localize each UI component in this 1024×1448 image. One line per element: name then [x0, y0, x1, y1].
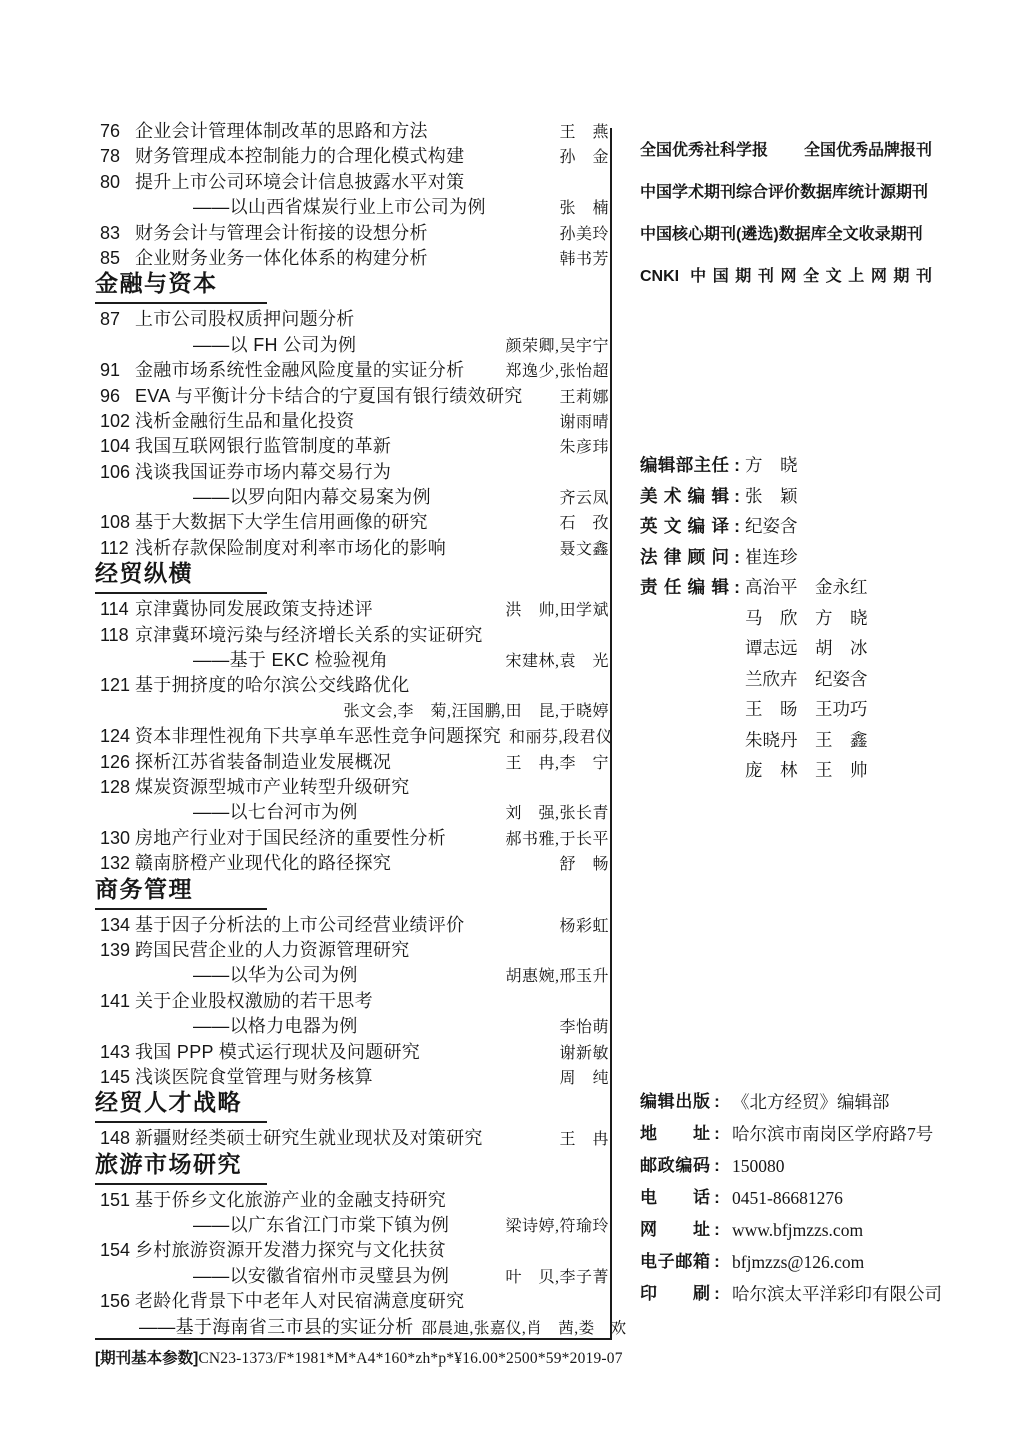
- toc-entry: 151 基于侨乡文化旅游产业的金融支持研究: [95, 1188, 609, 1213]
- publisher-row: 邮政编码 : 150080: [640, 1150, 980, 1182]
- toc-entry: 83 财务会计与管理会计衔接的设想分析 孙美玲: [95, 221, 609, 246]
- toc-section-heading: 商务管理: [95, 871, 267, 910]
- toc-article-title: 京津冀环境污染与经济增长关系的实证研究: [135, 623, 483, 648]
- colon: :: [710, 1246, 724, 1278]
- toc-page-number: 121: [95, 673, 135, 698]
- toc-entry-subtitle: ——以格力电器为例 李怡萌: [95, 1014, 609, 1039]
- toc-article-authors: 王 燕: [551, 120, 609, 145]
- toc-page-number: 143: [95, 1040, 135, 1065]
- toc-article-title: 财务管理成本控制能力的合理化模式构建: [135, 144, 464, 169]
- toc-entry: 76 企业会计管理体制改革的思路和方法 王 燕: [95, 119, 609, 144]
- editorial-names: 张 颖: [745, 481, 815, 512]
- toc-article-title: 基于大数据下大学生信用画像的研究: [135, 510, 428, 535]
- toc-article-title: EVA 与平衡计分卡结合的宁夏国有银行绩效研究: [135, 384, 523, 409]
- editorial-row: 兰欣卉 纪姿含: [640, 664, 970, 695]
- toc-article-title: 关于企业股权激励的若干思考: [135, 989, 373, 1014]
- publisher-field-label: 网址: [640, 1214, 710, 1246]
- toc-entry-subtitle: ——以山西省煤炭行业上市公司为例 张 楠: [95, 195, 609, 220]
- toc-article-authors: 梁诗婷,符瑜玲: [497, 1214, 609, 1239]
- editorial-row: 英文编译 : 纪姿含: [640, 511, 970, 542]
- toc-article-title: 金融市场系统性金融风险度量的实证分析: [135, 358, 464, 383]
- publisher-field-value: 哈尔滨市南岗区学府路7号: [724, 1118, 933, 1150]
- toc-entry: 96 EVA 与平衡计分卡结合的宁夏国有银行绩效研究 王莉娜: [95, 384, 609, 409]
- editor-name: 胡 冰: [815, 633, 868, 664]
- toc-entry: 139 跨国民营企业的人力资源管理研究: [95, 938, 609, 963]
- toc-page-number: 78: [95, 144, 135, 169]
- accolade-line: 中国学术期刊综合评价数据库统计源期刊: [640, 172, 932, 214]
- toc-entry: 108 基于大数据下大学生信用画像的研究 石 孜: [95, 510, 609, 535]
- editor-name: 朱晓丹: [745, 725, 815, 756]
- editor-name: 纪姿含: [745, 511, 815, 542]
- editor-name: 王 帅: [815, 755, 868, 786]
- toc-section-heading: 经贸纵横: [95, 555, 267, 594]
- toc-entry: 106 浅谈我国证券市场内幕交易行为: [95, 460, 609, 485]
- toc-article-title: 我国互联网银行监管制度的革新: [135, 434, 391, 459]
- toc-article-title: 基于侨乡文化旅游产业的金融支持研究: [135, 1188, 446, 1213]
- colon: :: [710, 1182, 724, 1214]
- editorial-row: 法律顾问 : 崔连珍: [640, 542, 970, 573]
- editorial-role-label: 编辑部主任: [640, 450, 729, 481]
- toc-article-subtitle: ——以罗向阳内幕交易案为例: [95, 485, 431, 510]
- toc-page-number: 106: [95, 460, 135, 485]
- editorial-row: 谭志远 胡 冰: [640, 633, 970, 664]
- toc-page-number: 96: [95, 384, 135, 409]
- toc-entry: 78 财务管理成本控制能力的合理化模式构建 孙 金: [95, 144, 609, 169]
- editorial-names: 方 晓: [745, 450, 815, 481]
- accolade-line: 全国优秀社科学报 全国优秀品牌报刊: [640, 130, 932, 172]
- toc-page-number: 156: [95, 1289, 135, 1314]
- toc-article-authors: 王 冉: [551, 1127, 609, 1152]
- toc-article-title: 浅析金融衍生品和量化投资: [135, 409, 355, 434]
- editor-name: 王 旸: [745, 694, 815, 725]
- toc-article-title: 跨国民营企业的人力资源管理研究: [135, 938, 410, 963]
- toc-section: 商务管理: [95, 880, 609, 910]
- toc-page-number: 128: [95, 775, 135, 800]
- toc-entry-subtitle: ——基于 EKC 检验视角 宋建林,袁 光: [95, 648, 609, 673]
- editor-name: 方 晓: [815, 603, 868, 634]
- toc-article-title: 上市公司股权质押问题分析: [135, 307, 355, 332]
- toc-page-number: 141: [95, 989, 135, 1014]
- toc-article-authors: 齐云凤: [551, 486, 609, 511]
- toc-article-authors: 洪 帅,田学斌: [497, 598, 609, 623]
- toc-article-subtitle: ——以山西省煤炭行业上市公司为例: [95, 195, 486, 220]
- toc-entry-subtitle: ——以罗向阳内幕交易案为例 齐云凤: [95, 485, 609, 510]
- toc-article-subtitle: ——基于海南省三市县的实证分析: [95, 1315, 414, 1340]
- toc-page-number: 151: [95, 1188, 135, 1213]
- colon: :: [729, 511, 745, 542]
- toc-article-subtitle: ——以格力电器为例: [95, 1014, 358, 1039]
- toc-section-heading: 金融与资本: [95, 265, 267, 304]
- publisher-field-label: 电话: [640, 1182, 710, 1214]
- toc-article-authors: 谢新敏: [551, 1041, 609, 1066]
- toc-article-subtitle: ——基于 EKC 检验视角: [95, 648, 388, 673]
- editor-name: 金永红: [815, 572, 868, 603]
- toc-section: 旅游市场研究: [95, 1155, 609, 1185]
- editor-name: 马 欣: [745, 603, 815, 634]
- publisher-row: 电话 : 0451-86681276: [640, 1182, 980, 1214]
- editorial-names: 纪姿含: [745, 511, 815, 542]
- publisher-field-value: 哈尔滨太平洋彩印有限公司: [724, 1278, 942, 1310]
- editor-name: 兰欣卉: [745, 664, 815, 695]
- toc-article-authors: 谢雨晴: [551, 410, 609, 435]
- toc-article-authors: 李怡萌: [551, 1015, 609, 1040]
- toc-section: 金融与资本: [95, 274, 609, 304]
- publisher-field-label: 电子邮箱: [640, 1246, 710, 1278]
- publisher-row: 印刷 : 哈尔滨太平洋彩印有限公司: [640, 1278, 980, 1310]
- colon: :: [710, 1118, 724, 1150]
- toc-page-number: 102: [95, 409, 135, 434]
- toc-entry: 134 基于因子分析法的上市公司经营业绩评价 杨彩虹: [95, 913, 609, 938]
- accolade-line: 中国核心期刊(遴选)数据库全文收录期刊: [640, 214, 932, 256]
- toc-page-number: 126: [95, 750, 135, 775]
- toc-article-authors: 胡惠婉,邢玉升: [497, 964, 609, 989]
- toc-article-authors: 张 楠: [551, 196, 609, 221]
- editorial-row: 朱晓丹 王 鑫: [640, 725, 970, 756]
- toc-page-number: 83: [95, 221, 135, 246]
- publisher-row: 编辑出版 : 《北方经贸》编辑部: [640, 1086, 980, 1118]
- journal-parameters-footer: [期刊基本参数]CN23-1373/F*1981*M*A4*160*zh*p*¥…: [95, 1338, 612, 1368]
- journal-accolades: 全国优秀社科学报 全国优秀品牌报刊 中国学术期刊综合评价数据库统计源期刊 中国核…: [640, 130, 932, 298]
- toc-article-title: 基于因子分析法的上市公司经营业绩评价: [135, 913, 464, 938]
- toc-entry-subtitle: ——基于海南省三市县的实证分析 邵晨迪,张嘉仪,肖 茜,娄 欢: [95, 1315, 609, 1340]
- accolade-line: CNKI 中国期刊网全文上网期刊: [640, 256, 932, 298]
- publisher-row: 地址 : 哈尔滨市南岗区学府路7号: [640, 1118, 980, 1150]
- editorial-names: 马 欣 方 晓: [745, 603, 868, 634]
- editorial-row: 马 欣 方 晓: [640, 603, 970, 634]
- editorial-names: 朱晓丹 王 鑫: [745, 725, 868, 756]
- colon: :: [710, 1214, 724, 1246]
- editorial-names: 崔连珍: [745, 542, 815, 573]
- toc-article-authors: 王 冉,李 宁: [497, 751, 609, 776]
- editor-name: 谭志远: [745, 633, 815, 664]
- publisher-field-value: 《北方经贸》编辑部: [724, 1086, 890, 1118]
- toc-section: 经贸人才战略: [95, 1093, 609, 1123]
- toc-article-title: 我国 PPP 模式运行现状及问题研究: [135, 1040, 420, 1065]
- toc-article-authors: 聂文鑫: [551, 537, 609, 562]
- toc-entry-subtitle: ——以广东省江门市棠下镇为例 梁诗婷,符瑜玲: [95, 1213, 609, 1238]
- toc-authors-row: 张文会,李 菊,汪国鹏,田 昆,于晓婷: [95, 699, 609, 724]
- colon: :: [710, 1150, 724, 1182]
- toc-article-authors: 石 孜: [551, 511, 609, 536]
- accolade-text: 全国优秀品牌报刊: [804, 130, 932, 172]
- editorial-role-label: 英文编译: [640, 511, 729, 542]
- publisher-info-block: 编辑出版 : 《北方经贸》编辑部 地址 : 哈尔滨市南岗区学府路7号 邮政编码 …: [640, 1086, 980, 1310]
- toc-entry: 128 煤炭资源型城市产业转型升级研究: [95, 775, 609, 800]
- publisher-field-value: www.bfjmzzs.com: [724, 1214, 863, 1246]
- toc-entry-subtitle: ——以华为公司为例 胡惠婉,邢玉升: [95, 963, 609, 988]
- editorial-role-label: 法律顾问: [640, 542, 729, 573]
- colon: :: [729, 542, 745, 573]
- editorial-names: 谭志远 胡 冰: [745, 633, 868, 664]
- toc-article-authors: 宋建林,袁 光: [497, 649, 609, 674]
- toc-entry-subtitle: ——以七台河市为例 刘 强,张长青: [95, 800, 609, 825]
- toc-article-authors: 周 纯: [551, 1066, 609, 1091]
- editorial-row: 美术编辑 : 张 颖: [640, 481, 970, 512]
- toc-page-number: 124: [95, 724, 135, 749]
- toc-article-title: 京津冀协同发展政策支持述评: [135, 597, 373, 622]
- editorial-row: 庞 林 王 帅: [640, 755, 970, 786]
- toc-article-authors: 刘 强,张长青: [497, 801, 609, 826]
- toc-article-subtitle: ——以安徽省宿州市灵璧县为例: [95, 1264, 449, 1289]
- publisher-field-value: 150080: [724, 1150, 785, 1182]
- toc-entry: 80 提升上市公司环境会计信息披露水平对策: [95, 170, 609, 195]
- editor-name: 纪姿含: [815, 664, 868, 695]
- toc-article-subtitle: ——以华为公司为例: [95, 963, 358, 988]
- toc-page-number: 87: [95, 307, 135, 332]
- footer-value: CN23-1373/F*1981*M*A4*160*zh*p*¥16.00*25…: [198, 1350, 622, 1367]
- toc-page-number: 91: [95, 358, 135, 383]
- toc-article-authors: 朱彦玮: [551, 435, 609, 460]
- toc-article-authors: 和丽芬,段君仪: [501, 725, 613, 750]
- toc-article-authors: 杨彩虹: [551, 914, 609, 939]
- toc-page-number: 154: [95, 1238, 135, 1263]
- editorial-row: 编辑部主任 : 方 晓: [640, 450, 970, 481]
- toc-section-heading: 经贸人才战略: [95, 1084, 267, 1123]
- editor-name: 方 晓: [745, 450, 815, 481]
- toc-section: 经贸纵横: [95, 564, 609, 594]
- toc-page-number: 134: [95, 913, 135, 938]
- toc-entry: 104 我国互联网银行监管制度的革新 朱彦玮: [95, 434, 609, 459]
- toc-entry: 102 浅析金融衍生品和量化投资 谢雨晴: [95, 409, 609, 434]
- toc-entry: 91 金融市场系统性金融风险度量的实证分析 郑逸少,张怡超: [95, 358, 609, 383]
- colon: :: [729, 450, 745, 481]
- journal-toc-page: 76 企业会计管理体制改革的思路和方法 王 燕 78 财务管理成本控制能力的合理…: [0, 0, 1024, 1448]
- colon: :: [710, 1278, 724, 1310]
- colon: :: [729, 481, 745, 512]
- toc-entry-subtitle: ——以安徽省宿州市灵璧县为例 叶 贝,李子菁: [95, 1264, 609, 1289]
- toc-article-authors: 韩书芳: [551, 247, 609, 272]
- toc-entry: 141 关于企业股权激励的若干思考: [95, 989, 609, 1014]
- editor-name: 庞 林: [745, 755, 815, 786]
- toc-article-title: 老龄化背景下中老年人对民宿满意度研究: [135, 1289, 464, 1314]
- editor-name: 崔连珍: [745, 542, 815, 573]
- toc-article-authors: 叶 贝,李子菁: [497, 1265, 609, 1290]
- colon: :: [729, 572, 745, 603]
- toc-article-title: 企业会计管理体制改革的思路和方法: [135, 119, 428, 144]
- editorial-names: 兰欣卉 纪姿含: [745, 664, 868, 695]
- editorial-names: 高治平 金永红: [745, 572, 868, 603]
- toc-entry: 143 我国 PPP 模式运行现状及问题研究 谢新敏: [95, 1040, 609, 1065]
- toc-article-title: 提升上市公司环境会计信息披露水平对策: [135, 170, 464, 195]
- publisher-field-value: 0451-86681276: [724, 1182, 843, 1214]
- toc-article-authors: 王莉娜: [551, 385, 609, 410]
- editorial-role-label: 责任编辑: [640, 572, 729, 603]
- column-divider-line: [610, 128, 612, 1338]
- toc-article-title: 煤炭资源型城市产业转型升级研究: [135, 775, 410, 800]
- toc-entry: 118 京津冀环境污染与经济增长关系的实证研究: [95, 623, 609, 648]
- toc-article-subtitle: ——以广东省江门市棠下镇为例: [95, 1213, 449, 1238]
- toc-page-number: 114: [95, 597, 135, 622]
- toc-article-title: 基于拥挤度的哈尔滨公交线路优化: [135, 673, 410, 698]
- editor-name: 王功巧: [815, 694, 868, 725]
- toc-article-authors: 颜荣卿,吴宇宁: [497, 334, 609, 359]
- publisher-field-label: 编辑出版: [640, 1086, 710, 1118]
- toc-entry: 114 京津冀协同发展政策支持述评 洪 帅,田学斌: [95, 597, 609, 622]
- toc-entry: 154 乡村旅游资源开发潜力探究与文化扶贫: [95, 1238, 609, 1263]
- publisher-field-label: 印刷: [640, 1278, 710, 1310]
- editorial-row: 责任编辑 : 高治平 金永红: [640, 572, 970, 603]
- toc-page-number: 108: [95, 510, 135, 535]
- toc-entry: 87 上市公司股权质押问题分析: [95, 307, 609, 332]
- toc-entry: 121 基于拥挤度的哈尔滨公交线路优化: [95, 673, 609, 698]
- toc-article-authors: 孙美玲: [551, 222, 609, 247]
- toc-article-authors: 舒 畅: [551, 852, 609, 877]
- toc-article-title: 探析江苏省装备制造业发展概况: [135, 750, 391, 775]
- editorial-row: 王 旸 王功巧: [640, 694, 970, 725]
- publisher-field-value: bfjmzzs@126.com: [724, 1246, 864, 1278]
- toc-page-number: 139: [95, 938, 135, 963]
- toc-page-number: 80: [95, 170, 135, 195]
- toc-entry: 126 探析江苏省装备制造业发展概况 王 冉,李 宁: [95, 750, 609, 775]
- publisher-row: 电子邮箱 : bfjmzzs@126.com: [640, 1246, 980, 1278]
- toc-entry: 124 资本非理性视角下共享单车恶性竞争问题探究 和丽芬,段君仪: [95, 724, 609, 749]
- toc-page-number: 130: [95, 826, 135, 851]
- toc-article-authors: 孙 金: [551, 145, 609, 170]
- toc-article-title: 浅谈我国证券市场内幕交易行为: [135, 460, 391, 485]
- editorial-names: 王 旸 王功巧: [745, 694, 868, 725]
- toc-page-number: 76: [95, 119, 135, 144]
- toc-article-subtitle: ——以七台河市为例: [95, 800, 358, 825]
- editorial-role-label: 美术编辑: [640, 481, 729, 512]
- toc-column: 76 企业会计管理体制改革的思路和方法 王 燕 78 财务管理成本控制能力的合理…: [95, 119, 609, 1340]
- publisher-field-label: 地址: [640, 1118, 710, 1150]
- publisher-field-label: 邮政编码: [640, 1150, 710, 1182]
- toc-section-heading: 旅游市场研究: [95, 1146, 267, 1185]
- footer-label: [期刊基本参数]: [95, 1350, 198, 1367]
- toc-article-title: 财务会计与管理会计衔接的设想分析: [135, 221, 428, 246]
- toc-entry-subtitle: ——以 FH 公司为例 颜荣卿,吴宇宁: [95, 333, 609, 358]
- editorial-names: 庞 林 王 帅: [745, 755, 868, 786]
- toc-article-authors: 郑逸少,张怡超: [497, 359, 609, 384]
- toc-article-title: 房地产行业对于国民经济的重要性分析: [135, 826, 446, 851]
- colon: :: [710, 1086, 724, 1118]
- toc-page-number: 104: [95, 434, 135, 459]
- toc-article-title: 资本非理性视角下共享单车恶性竞争问题探究: [135, 724, 501, 749]
- publisher-row: 网址 : www.bfjmzzs.com: [640, 1214, 980, 1246]
- toc-article-title: 乡村旅游资源开发潜力探究与文化扶贫: [135, 1238, 446, 1263]
- toc-article-authors: 张文会,李 菊,汪国鹏,田 昆,于晓婷: [335, 699, 609, 724]
- editorial-staff-block: 编辑部主任 : 方 晓 美术编辑 : 张 颖 英文编译 : 纪姿含 法律顾问: [640, 450, 970, 786]
- toc-article-authors: 郝书雅,于长平: [497, 827, 609, 852]
- editor-name: 张 颖: [745, 481, 815, 512]
- toc-article-subtitle: ——以 FH 公司为例: [95, 333, 356, 358]
- toc-page-number: 118: [95, 623, 135, 648]
- editor-name: 高治平: [745, 572, 815, 603]
- accolade-text: 全国优秀社科学报: [640, 130, 768, 172]
- editor-name: 王 鑫: [815, 725, 868, 756]
- toc-entry: 156 老龄化背景下中老年人对民宿满意度研究: [95, 1289, 609, 1314]
- toc-entry: 130 房地产行业对于国民经济的重要性分析 郝书雅,于长平: [95, 826, 609, 851]
